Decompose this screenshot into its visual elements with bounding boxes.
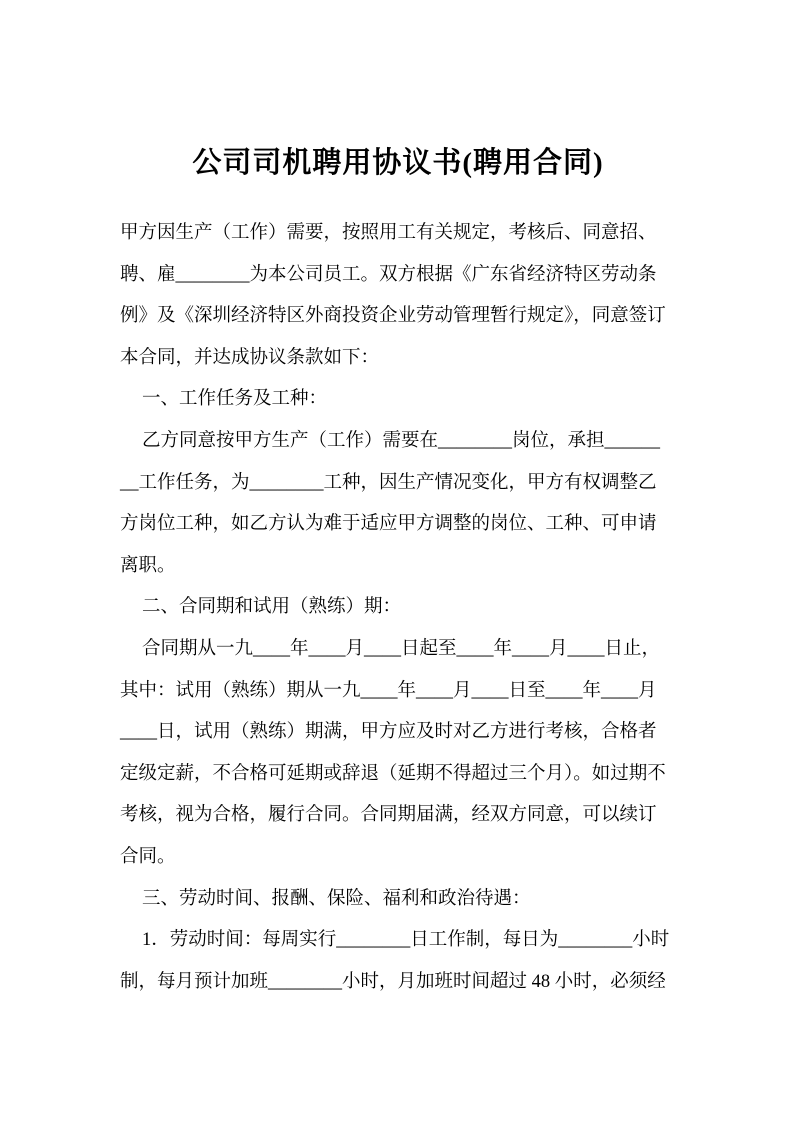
- doc-line: 离职。: [120, 546, 676, 588]
- doc-line: 合同。: [120, 837, 676, 879]
- doc-line: 方岗位工种，如乙方认为难于适应甲方调整的岗位、工种、可申请: [120, 504, 676, 546]
- doc-line: 聘、雇________为本公司员工。双方根据《广东省经济特区劳动条: [120, 255, 676, 297]
- doc-line-section-heading: 三、劳动时间、报酬、保险、福利和政治待遇：: [120, 879, 676, 921]
- doc-line: ____日，试用（熟练）期满，甲方应及时对乙方进行考核，合格者: [120, 712, 676, 754]
- doc-line: 例》及《深圳经济特区外商投资企业劳动管理暂行规定》，同意签订: [120, 296, 676, 338]
- doc-line: 考核，视为合格，履行合同。合同期届满，经双方同意，可以续订: [120, 795, 676, 837]
- document-body: 甲方因生产（工作）需要，按照用工有关规定，考核后、同意招、 聘、雇_______…: [120, 213, 676, 1003]
- doc-line: 其中：试用（熟练）期从一九____年____月____日至____年____月: [120, 671, 676, 713]
- document-title: 公司司机聘用协议书(聘用合同): [120, 138, 676, 188]
- doc-line: 甲方因生产（工作）需要，按照用工有关规定，考核后、同意招、: [120, 213, 676, 255]
- doc-line: 本合同，并达成协议条款如下：: [120, 338, 676, 380]
- doc-line: 1．劳动时间：每周实行________日工作制，每日为________小时: [120, 920, 676, 962]
- doc-line-section-heading: 二、合同期和试用（熟练）期：: [120, 587, 676, 629]
- doc-line: __工作任务，为________工种，因生产情况变化，甲方有权调整乙: [120, 463, 676, 505]
- doc-line: 制，每月预计加班________小时，月加班时间超过 48 小时，必须经: [120, 962, 676, 1004]
- doc-line: 定级定薪，不合格可延期或辞退（延期不得超过三个月）。如过期不: [120, 754, 676, 796]
- doc-line: 合同期从一九____年____月____日起至____年____月____日止，: [120, 629, 676, 671]
- doc-line-section-heading: 一、工作任务及工种：: [120, 379, 676, 421]
- document-page: 公司司机聘用协议书(聘用合同) 甲方因生产（工作）需要，按照用工有关规定，考核后…: [0, 0, 794, 1123]
- doc-line: 乙方同意按甲方生产（工作）需要在________岗位，承担______: [120, 421, 676, 463]
- document-content: 公司司机聘用协议书(聘用合同) 甲方因生产（工作）需要，按照用工有关规定，考核后…: [120, 138, 676, 1003]
